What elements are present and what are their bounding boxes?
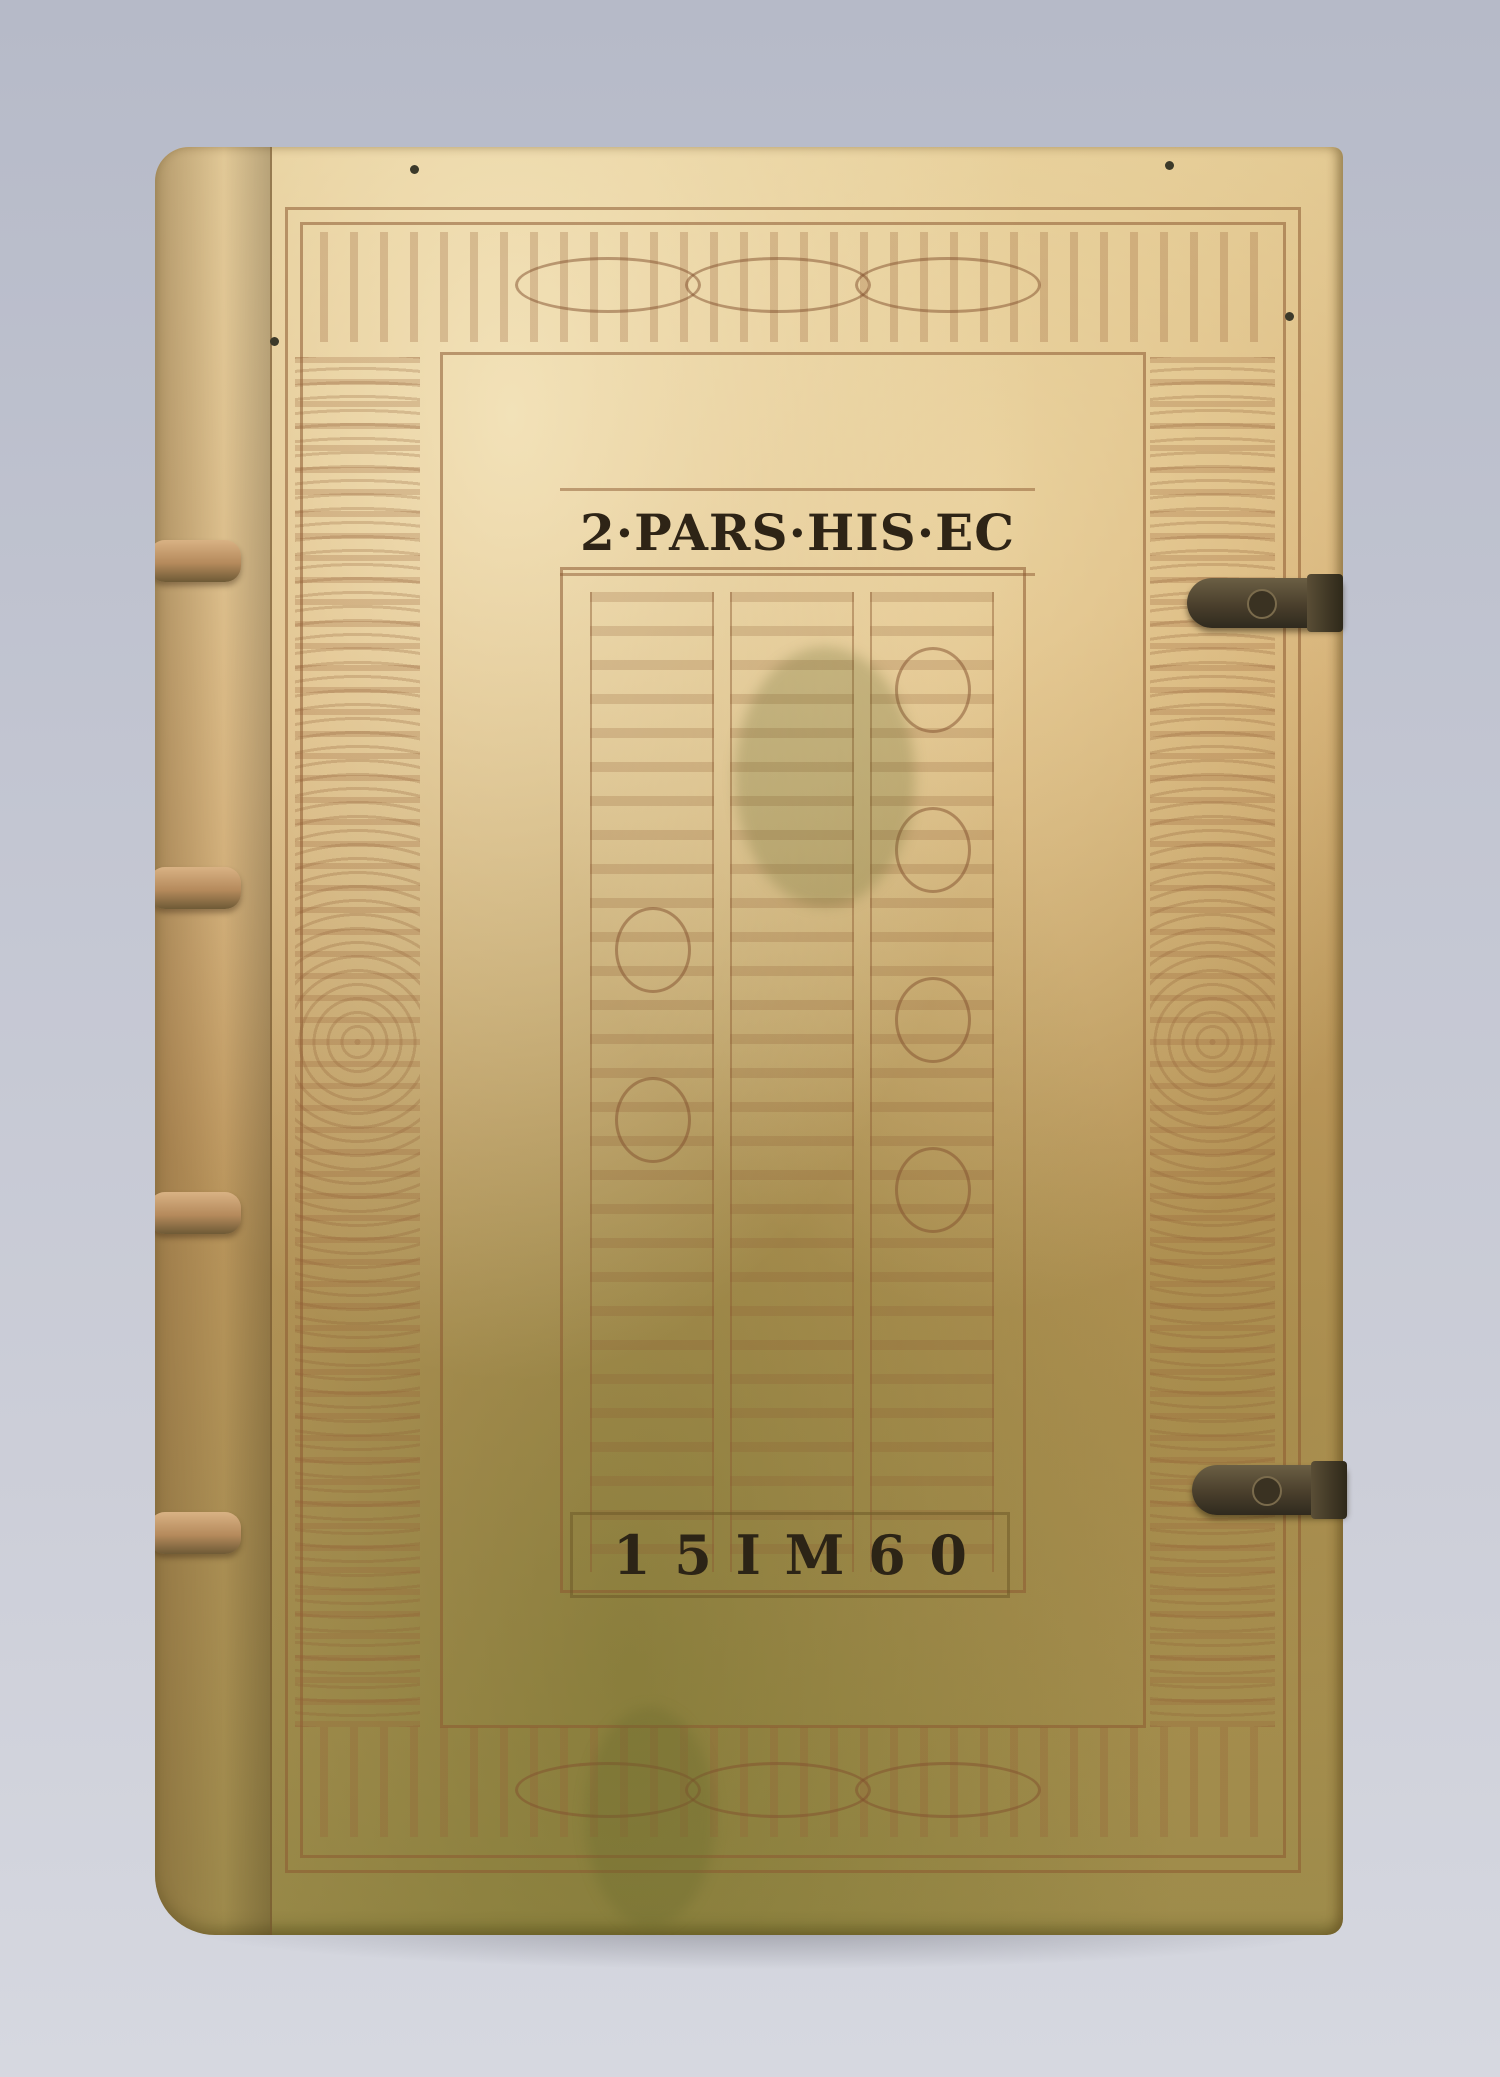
spine-raised-band <box>155 1512 241 1554</box>
date-glyph: I <box>736 1523 761 1587</box>
spine-raised-band <box>155 1192 241 1234</box>
portrait-medallion <box>615 907 691 993</box>
cable-ornament <box>855 257 1041 313</box>
upper-clasp <box>1187 578 1343 628</box>
date-glyph: M <box>785 1523 845 1587</box>
portrait-medallion <box>615 1077 691 1163</box>
stain <box>735 647 915 907</box>
book-cover <box>155 147 1343 1935</box>
spine-raised-band <box>155 540 241 582</box>
date-glyph: 5 <box>674 1523 712 1587</box>
clasp-hinge <box>1307 574 1343 632</box>
portrait-medallion <box>895 977 971 1063</box>
clasp-hinge <box>1311 1461 1347 1519</box>
cable-ornament <box>685 257 871 313</box>
book-spine <box>155 147 272 1935</box>
spine-raised-band <box>155 867 241 909</box>
clasp-boss-icon <box>1247 589 1277 619</box>
date-glyph: 0 <box>929 1523 967 1587</box>
nail-hole <box>410 165 419 174</box>
left-roll-border <box>295 357 420 1727</box>
cover-title: 2·PARS·HIS·EC <box>580 503 1015 562</box>
date-box: 1 5 I M 6 0 <box>570 1512 1010 1598</box>
portrait-medallion <box>895 647 971 733</box>
portrait-medallion <box>895 1147 971 1233</box>
lower-clasp <box>1192 1465 1347 1515</box>
cable-ornament <box>855 1762 1041 1818</box>
right-roll-border <box>1150 357 1275 1727</box>
date-glyph: 1 <box>613 1523 651 1587</box>
cable-ornament <box>515 257 701 313</box>
nail-hole <box>270 337 279 346</box>
nail-hole <box>1285 312 1294 321</box>
nail-hole <box>1165 161 1174 170</box>
clasp-boss-icon <box>1252 1476 1282 1506</box>
date-glyph: 6 <box>868 1523 906 1587</box>
title-box: 2·PARS·HIS·EC <box>560 488 1035 576</box>
stain <box>585 1707 715 1927</box>
